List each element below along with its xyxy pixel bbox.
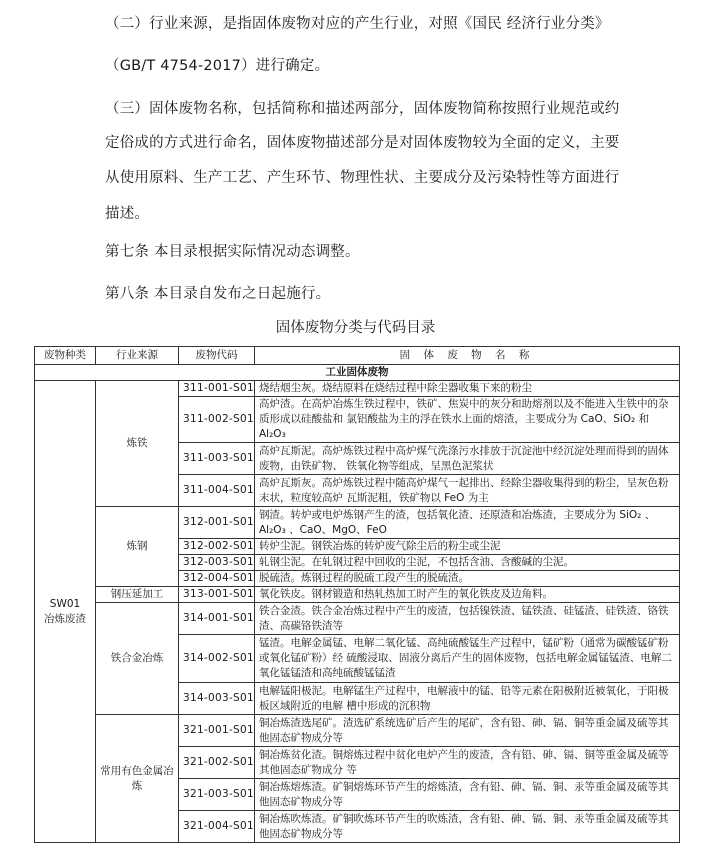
industry-cell: 钢压延加工 [96, 587, 179, 603]
waste-code: 312-004-S01 [179, 571, 255, 587]
waste-code: 321-001-S01 [179, 715, 255, 747]
waste-desc: 钢渣。转炉或电炉炼钢产生的渣，包括氧化渣、还原渣和冶炼渣，主要成分为 SiO₂ … [255, 507, 680, 539]
waste-code: 314-001-S01 [179, 603, 255, 635]
paragraph-waste-name-cont3: 描述。 [105, 204, 149, 224]
header-industry-source: 行业来源 [96, 347, 179, 365]
waste-code: 313-001-S01 [179, 587, 255, 603]
waste-desc: 轧钢尘泥。在轧钢过程中回收的尘泥，不包括含油、含酸碱的尘泥。 [255, 555, 680, 571]
table-header-row: 废物种类 行业来源 废物代码 固 体 废 物 名 称 [35, 347, 680, 365]
industry-cell: 铁合金冶炼 [96, 603, 179, 715]
table-row: 铁合金冶炼 314-001-S01 铁合金渣。铁合金冶炼过程中产生的废渣，包括镍… [35, 603, 680, 635]
waste-code: 314-002-S01 [179, 635, 255, 683]
waste-code: 321-002-S01 [179, 747, 255, 779]
paragraph-industry-source-standard: （GB/T 4754-2017）进行确定。 [105, 56, 329, 76]
waste-desc: 高炉渣。在高炉冶炼生铁过程中，铁矿、焦炭中的灰分和助熔剂以及不能进入生铁中的杂质… [255, 397, 680, 443]
waste-desc: 烧结烟尘灰。烧结原料在烧结过程中除尘器收集下来的粉尘 [255, 381, 680, 397]
category-code: SW01 [39, 597, 91, 612]
table-row: 钢压延加工 313-001-S01 氧化铁皮。钢材锻造和热轧热加工时产生的氧化铁… [35, 587, 680, 603]
waste-catalog-table: 废物种类 行业来源 废物代码 固 体 废 物 名 称 工业固体废物 SW01 冶… [34, 346, 680, 843]
paragraph-industry-source: （二）行业来源，是指固体废物对应的产生行业，对照《国民 经济行业分类》 [105, 14, 610, 34]
waste-code: 321-004-S01 [179, 811, 255, 843]
waste-code: 312-001-S01 [179, 507, 255, 539]
waste-code: 312-003-S01 [179, 555, 255, 571]
industry-cell: 炼铁 [96, 381, 179, 507]
article-eight: 第八条 本目录自发布之日起施行。 [105, 284, 330, 304]
article-seven: 第七条 本目录根据实际情况动态调整。 [105, 242, 360, 262]
waste-desc: 转炉尘泥。钢铁冶炼的转炉废气除尘后的粉尘或尘泥 [255, 539, 680, 555]
category-name: 冶炼废渣 [39, 612, 91, 627]
waste-desc: 锰渣。电解金属锰、电解二氧化锰、高纯硫酸锰生产过程中，锰矿粉（通常为碳酸锰矿粉或… [255, 635, 680, 683]
waste-desc: 电解锰阳极泥。电解锰生产过程中，电解液中的锰、铅等元素在阳极附近被氧化，于阳极板… [255, 683, 680, 715]
waste-code: 314-003-S01 [179, 683, 255, 715]
waste-desc: 高炉瓦斯灰。高炉炼铁过程中随高炉煤气一起排出、经除尘器收集得到的粉尘，呈灰色粉末… [255, 475, 680, 507]
waste-desc: 铜冶炼渣选尾矿。渣选矿系统选矿后产生的尾矿，含有铅、砷、镉、铜等重金属及硫等其他… [255, 715, 680, 747]
header-waste-code: 废物代码 [179, 347, 255, 365]
waste-desc: 高炉瓦斯泥。高炉炼铁过程中高炉煤气洗涤污水排放于沉淀池中经沉淀处理而得到的固体废… [255, 443, 680, 475]
waste-code: 311-003-S01 [179, 443, 255, 475]
waste-desc: 脱硫渣。炼钢过程的脱硫工段产生的脱硫渣。 [255, 571, 680, 587]
waste-code: 311-002-S01 [179, 397, 255, 443]
waste-code: 312-002-S01 [179, 539, 255, 555]
header-waste-category: 废物种类 [35, 347, 96, 365]
paragraph-waste-name-cont2: 从使用原料、生产工艺、产生环节、物理性状、主要成分及污染特性等方面进行 [105, 168, 620, 188]
waste-code: 311-001-S01 [179, 381, 255, 397]
waste-desc: 氧化铁皮。钢材锻造和热轧热加工时产生的氧化铁皮及边角料。 [255, 587, 680, 603]
header-waste-name: 固 体 废 物 名 称 [255, 347, 680, 365]
section-industrial-solid-waste: 工业固体废物 [35, 365, 680, 381]
paragraph-waste-name: （三）固体废物名称，包括简称和描述两部分，固体废物简称按照行业规范或约 [105, 99, 620, 119]
industry-cell: 炼钢 [96, 507, 179, 587]
section-row: 工业固体废物 [35, 365, 680, 381]
waste-code: 321-003-S01 [179, 779, 255, 811]
table-row: 炼钢 312-001-S01 钢渣。转炉或电炉炼钢产生的渣，包括氧化渣、还原渣和… [35, 507, 680, 539]
waste-category-cell: SW01 冶炼废渣 [35, 381, 96, 843]
waste-desc: 铜冶炼吹炼渣。矿铜吹炼环节产生的吹炼渣，含有铅、砷、镉、铜、汞等重金属及硫等其他… [255, 811, 680, 843]
waste-code: 311-004-S01 [179, 475, 255, 507]
waste-desc: 铁合金渣。铁合金冶炼过程中产生的废渣，包括镍铁渣、锰铁渣、硅锰渣、硅铁渣、铬铁渣… [255, 603, 680, 635]
table-row: SW01 冶炼废渣 炼铁 311-001-S01 烧结烟尘灰。烧结原料在烧结过程… [35, 381, 680, 397]
waste-desc: 铜冶炼熔炼渣。矿铜熔炼环节产生的熔炼渣，含有铅、砷、镉、铜、汞等重金属及硫等其他… [255, 779, 680, 811]
table-row: 常用有色金属冶炼 321-001-S01 铜冶炼渣选尾矿。渣选矿系统选矿后产生的… [35, 715, 680, 747]
waste-desc: 铜冶炼贫化渣。铜熔炼过程中贫化电炉产生的废渣，含有铅、砷、镉、铜等重金属及硫等其… [255, 747, 680, 779]
paragraph-waste-name-cont1: 定俗成的方式进行命名，固体废物描述部分是对固体废物较为全面的定义，主要 [105, 133, 620, 153]
table-title: 固体废物分类与代码目录 [0, 318, 711, 338]
industry-cell: 常用有色金属冶炼 [96, 715, 179, 843]
